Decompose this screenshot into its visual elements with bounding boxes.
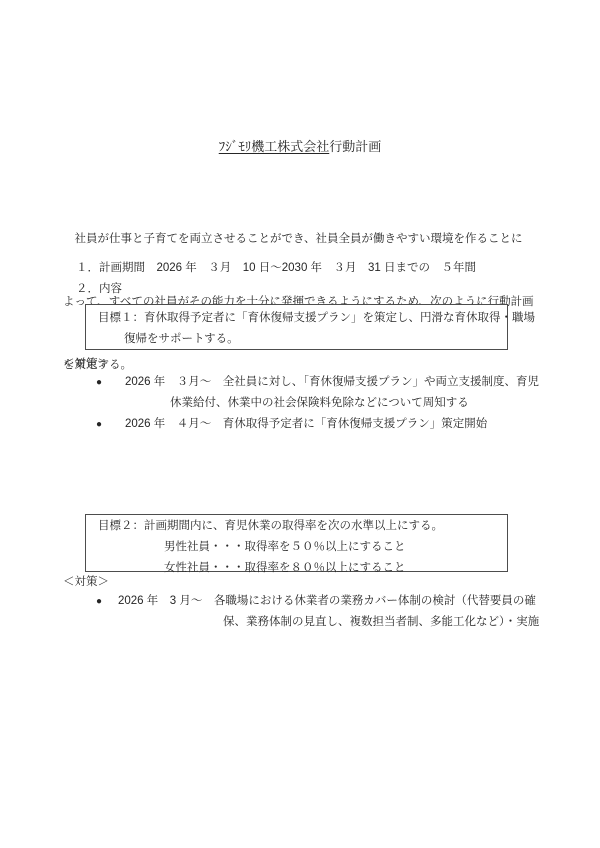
- title-suffix: 行動計画: [329, 139, 381, 154]
- goal1-line-2: 復帰をサポートする。: [124, 329, 507, 350]
- intro-line-1: 社員が仕事と子育てを両立させることができ、社員全員が働きやすい環境を作ることに: [63, 229, 534, 250]
- document-page: ﾌｼﾞﾓﾘ機工株式会社行動計画 社員が仕事と子育てを両立させることができ、社員全…: [0, 0, 600, 848]
- measures-heading-2: ＜対策＞: [63, 572, 109, 593]
- goal1-box: 目標１：育休取得予定者に「育休復帰支援プラン」を策定し、円滑な育休取得・職場 復…: [85, 304, 508, 350]
- bullet-icon: ●: [96, 591, 102, 612]
- plan-period-item: １．計画期間 2026 年 ３月 10 日～2030 年 ３月 31 日までの …: [76, 258, 476, 279]
- goal2-line-2: 男性社員・・・取得率を５０％以上にすること: [164, 537, 507, 558]
- measure1-bullet1-line2: 休業給付、休業中の社会保険料免除などについて周知する: [170, 393, 469, 414]
- bullet-icon: ●: [96, 414, 102, 435]
- measure1-bullet2-line1: 2026 年 ４月～ 育休取得予定者に「育休復帰支援プラン」策定開始: [125, 414, 487, 435]
- goal1-line-1: 目標１：育休取得予定者に「育休復帰支援プラン」を策定し、円滑な育休取得・職場: [98, 308, 507, 329]
- company-name-underlined: ﾌｼﾞﾓﾘ機工株式会社: [219, 139, 330, 154]
- goal2-box: 目標２：計画期間内に、育児休業の取得率を次の水準以上にする。 男性社員・・・取得…: [85, 514, 508, 572]
- measure2-bullet1-line2: 保、業務体制の見直し、複数担当者制、多能工化など）・実施: [223, 612, 539, 633]
- measure1-bullet1-line1: 2026 年 ３月～ 全社員に対し、「育休復帰支援プラン」や両立支援制度、育児: [125, 372, 539, 393]
- measure2-bullet1-line1: 2026 年 3 月～ 各職場における休業者の業務カバー体制の検討（代替要員の確: [118, 591, 536, 612]
- bullet-icon: ●: [96, 372, 102, 393]
- goal2-line-1: 目標２：計画期間内に、育児休業の取得率を次の水準以上にする。: [98, 516, 507, 537]
- document-title: ﾌｼﾞﾓﾘ機工株式会社行動計画: [0, 138, 600, 156]
- goal2-line-3: 女性社員・・・取得率を８０％以上にすること: [164, 558, 507, 579]
- plan-content-item: ２．内容: [76, 279, 122, 300]
- measures-heading-1: ＜対策＞: [63, 354, 109, 375]
